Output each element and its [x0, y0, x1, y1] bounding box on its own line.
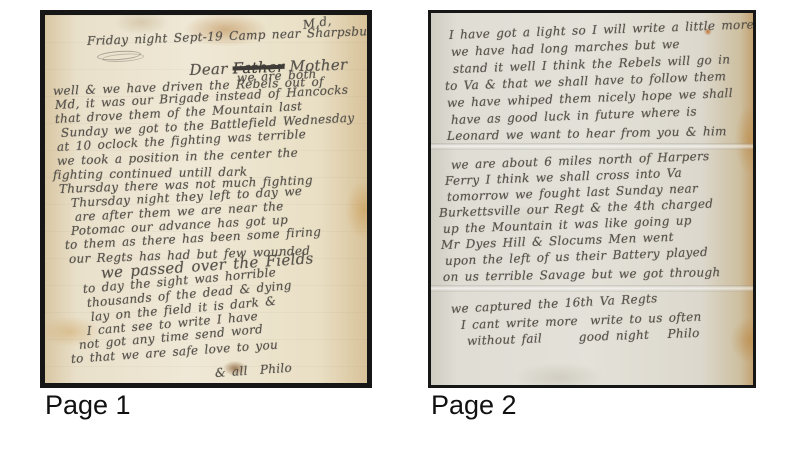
page2-label: Page 2	[431, 390, 517, 420]
letter-line: Leonard we want to hear from you & him	[447, 125, 727, 143]
letter-line: I have got a light so I will write a lit…	[449, 18, 753, 42]
document-view: M,d, Friday night Sept-19 Camp near Shar…	[0, 0, 800, 450]
salutation-dear: Dear	[189, 60, 228, 79]
letter-line: have as good luck in future where is	[451, 105, 697, 127]
letter-page-1-scan: M,d, Friday night Sept-19 Camp near Shar…	[40, 10, 372, 388]
letter-page-2-paper: I have got a light so I will write a lit…	[431, 13, 753, 385]
dateline: Friday night Sept-19 Camp near Sharpsbur…	[87, 25, 367, 48]
letter-line: on us terrible Savage but we got through	[443, 266, 721, 284]
page1-label: Page 1	[45, 390, 131, 420]
signature-line: & all Philo	[215, 362, 293, 380]
letter-page-2-scan: I have got a light so I will write a lit…	[428, 10, 756, 388]
letter-page-1-paper: M,d, Friday night Sept-19 Camp near Shar…	[45, 15, 367, 383]
fold-crease	[431, 285, 753, 292]
